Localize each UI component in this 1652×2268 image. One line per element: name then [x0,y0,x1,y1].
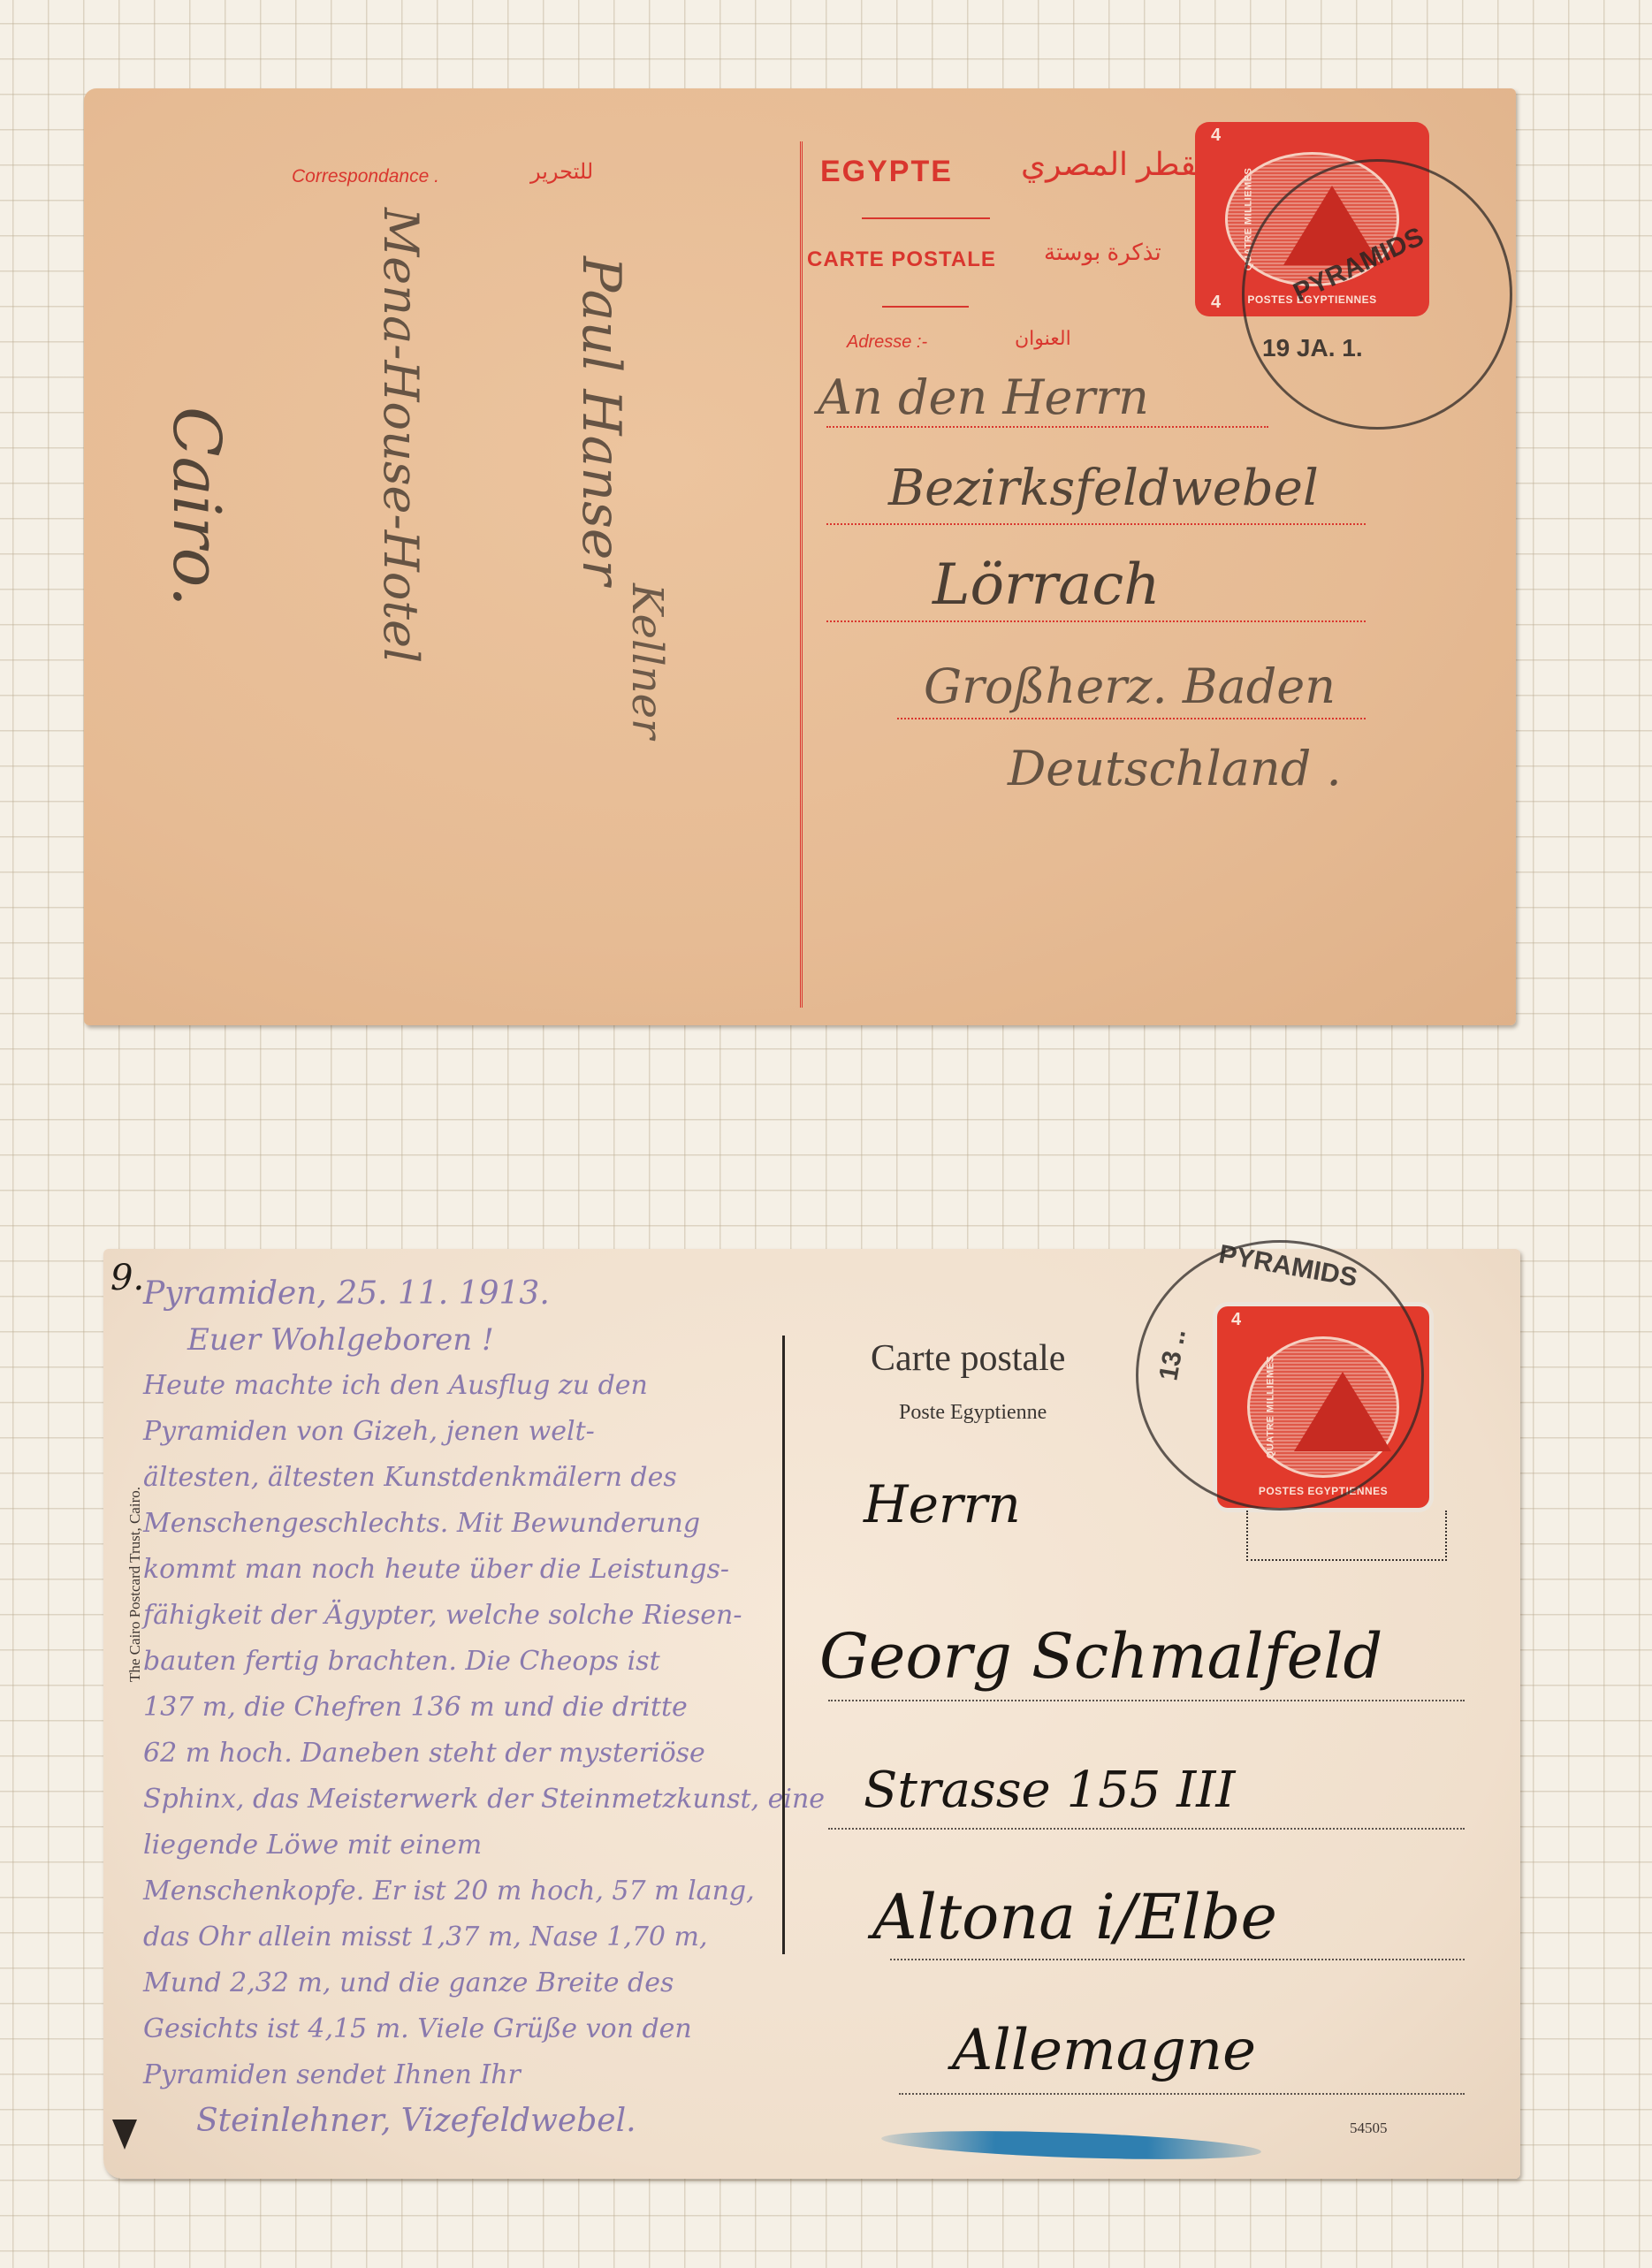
postmark-place: PYRAMIDS [1216,1240,1359,1294]
address-line: Deutschland . [1008,741,1342,796]
stamp-placement-box [1246,1511,1447,1561]
address-line: Lörrach [933,552,1160,618]
sender-line-role: Kellner [622,583,672,739]
address-line: Herrn [864,1474,1021,1534]
album-number: 9. [110,1258,144,1298]
correspondance-label: Correspondance . [292,166,439,187]
address-rule [899,2093,1465,2095]
address-rule [897,718,1366,719]
message-line: 62 m hoch. Daneben steht der mysteriöse [143,1731,825,1777]
address-line: Altona i/Elbe [872,1881,1277,1953]
message-line: fähigkeit der Ägypter, welche solche Rie… [143,1593,825,1639]
message-line: Mund 2,32 m, und die ganze Breite des [143,1960,825,2006]
message-line: Sphinx, das Meisterwerk der Steinmetzkun… [143,1777,825,1823]
card-type-label-arabic: تذكرة بوستة [1044,239,1161,266]
address-label: Adresse :- [847,332,927,353]
sender-line-name: Paul Hanser [570,256,632,585]
address-line: Großherz. Baden [924,658,1336,714]
address-rule [826,426,1268,428]
address-line: Allemagne [952,2018,1256,2083]
card-divider [782,1336,785,1954]
message-line: das Ohr allein misst 1,37 m, Nase 1,70 m… [143,1914,825,1960]
sender-line-cairo: Cairo. [158,407,234,607]
postal-stationery-card: Correspondance . للتحرير Cairo. Mena-Hou… [84,88,1516,1025]
signature: Steinlehner, Vizefeldwebel. [143,2098,825,2144]
message-line: Menschengeschlechts. Mit Bewunderung [143,1501,825,1547]
serial-number: 54505 [1350,2120,1388,2137]
address-rule [890,1959,1465,1960]
country-label: EGYPTE [820,155,953,189]
sender-line-hotel: Mena-House-Hotel [373,208,429,663]
card-divider [800,141,803,1008]
stamp-value: 4 [1211,293,1222,313]
message-line: Menschenkopfe. Er ist 20 m hoch, 57 m la… [143,1868,825,1914]
country-label-arabic: القطر المصري [1021,146,1215,183]
postmark-date: 19 JA. 1. [1262,334,1363,362]
address-line: An den Herrn [818,369,1149,425]
header-rule [882,306,969,308]
address-rule [826,620,1366,622]
picture-postcard: 9. Pyramiden, 25. 11. 1913. Euer Wohlgeb… [103,1249,1520,2179]
message-line: bauten fertig brachten. Die Cheops ist [143,1639,825,1685]
publisher-imprint: The Cairo Postcard Trust, Cairo. [126,1487,144,1682]
message-line: kommt man noch heute über die Leistungs- [143,1547,825,1593]
postmark-place: PYRAMIDS [1289,222,1428,308]
message-line: Gesichts ist 4,15 m. Viele Grüße von den [143,2006,825,2052]
publisher-logo-icon [112,2120,137,2150]
blue-pencil-mark [881,2127,1262,2165]
stamp-value: 4 [1211,126,1222,146]
address-line: Strasse 155 III [864,1762,1236,1819]
address-line: Bezirksfeldwebel [888,460,1319,517]
message-line: liegende Löwe mit einem [143,1823,825,1868]
message-line: Heute machte ich den Ausflug zu den [143,1363,825,1409]
card-type-label: CARTE POSTALE [807,247,996,272]
postmark: PYRAMIDS 19 JA. 1. [1242,159,1512,430]
address-label-arabic: العنوان [1015,327,1071,350]
message-line: Euer Wohlgeboren ! [143,1317,825,1363]
address-rule [828,1700,1465,1701]
message-line: Pyramiden sendet Ihnen Ihr [143,2052,825,2098]
postmark: PYRAMIDS 13 .. [1136,1240,1424,1511]
card-heading: Carte postale [871,1337,1065,1380]
address-rule [828,1828,1465,1830]
header-rule [862,217,990,219]
postmark-date: 13 .. [1153,1327,1192,1382]
card-subheading: Poste Egyptienne [899,1401,1047,1425]
address-line: Georg Schmalfeld [819,1620,1382,1693]
message-line: Pyramiden von Gizeh, jenen welt- [143,1409,825,1455]
message-line: 137 m, die Chefren 136 m und die dritte [143,1685,825,1731]
address-rule [826,523,1366,525]
message-line: Pyramiden, 25. 11. 1913. [143,1271,825,1317]
message-text: Pyramiden, 25. 11. 1913. Euer Wohlgebore… [143,1271,825,2144]
correspondance-label-arabic: للتحرير [530,159,593,185]
message-line: ältesten, ältesten Kunstdenkmälern des [143,1455,825,1501]
